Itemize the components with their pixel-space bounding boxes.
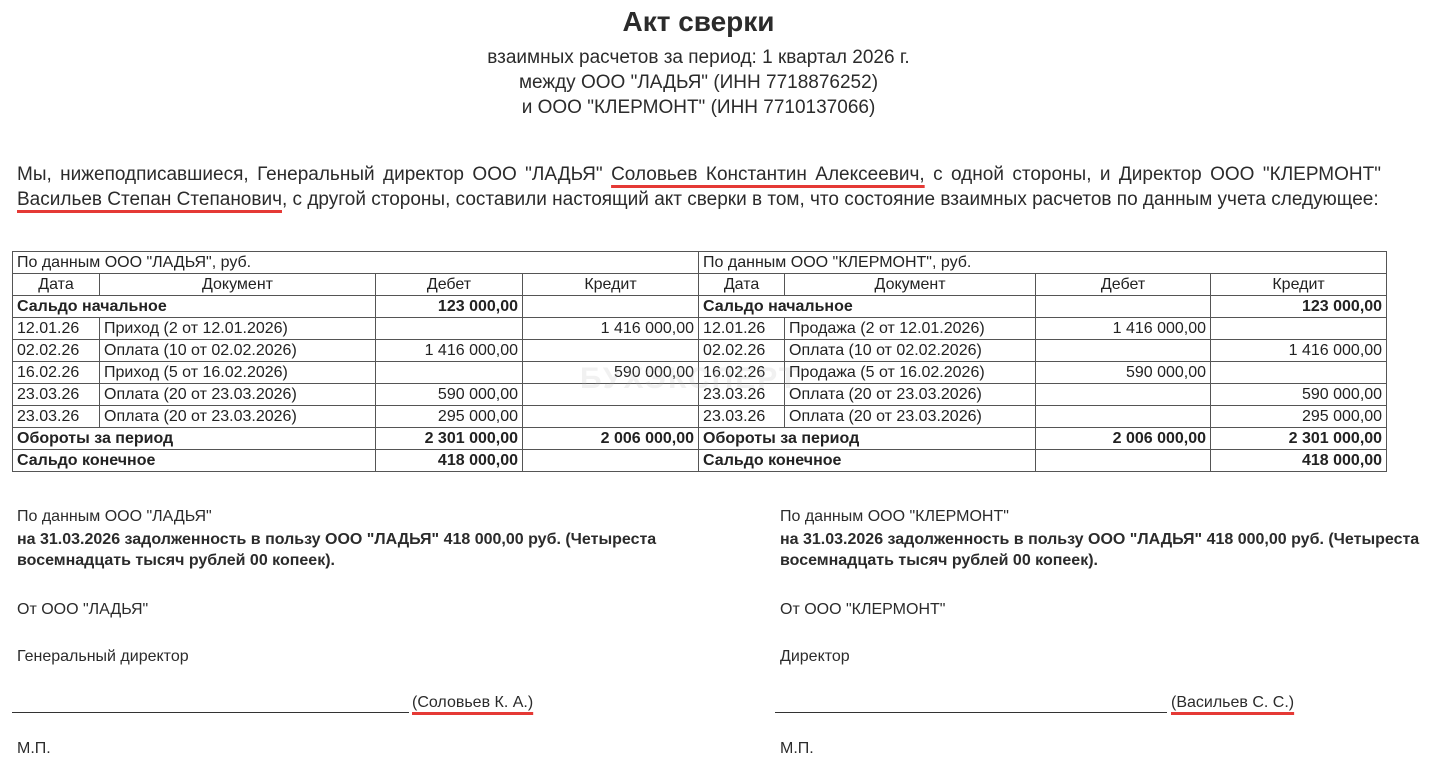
left-date: 16.02.26 [13, 362, 100, 384]
closing-left-debit: 418 000,00 [376, 450, 523, 472]
table-row: 02.02.26Оплата (10 от 02.02.2026)1 416 0… [13, 340, 1387, 362]
table-row: 12.01.26Приход (2 от 12.01.2026)1 416 00… [13, 318, 1387, 340]
left-debit: 295 000,00 [376, 406, 523, 428]
left-document: Оплата (20 от 23.03.2026) [100, 384, 376, 406]
right-debit [1036, 406, 1211, 428]
reconciliation-table: По данным ООО "ЛАДЬЯ", руб. По данным ОО… [12, 251, 1387, 472]
right-party-conclusion: на 31.03.2026 задолженность в пользу ООО… [780, 529, 1419, 571]
left-party-position: Генеральный директор [17, 648, 189, 666]
left-party-source: По данным ООО "ЛАДЬЯ" [17, 508, 212, 526]
left-document: Оплата (20 от 23.03.2026) [100, 406, 376, 428]
turnover-right-credit: 2 301 000,00 [1211, 428, 1387, 450]
closing-right-credit: 418 000,00 [1211, 450, 1387, 472]
closing-left-credit [523, 450, 699, 472]
table-row: 23.03.26Оплата (20 от 23.03.2026)590 000… [13, 384, 1387, 406]
intro-paragraph: Мы, нижеподписавшиеся, Генеральный дирек… [17, 162, 1381, 212]
right-date: 16.02.26 [699, 362, 785, 384]
closing-label: Сальдо конечное [699, 450, 1036, 472]
left-party-conclusion: на 31.03.2026 задолженность в пользу ООО… [17, 529, 656, 571]
right-document: Оплата (20 от 23.03.2026) [785, 406, 1036, 428]
right-document: Продажа (5 от 16.02.2026) [785, 362, 1036, 384]
intro-text-1: Мы, нижеподписавшиеся, Генеральный дирек… [17, 164, 611, 185]
turnover-label: Обороты за период [13, 428, 376, 450]
right-document: Оплата (10 от 02.02.2026) [785, 340, 1036, 362]
document-title: Акт сверки [0, 6, 1397, 38]
left-party-title: По данным ООО "ЛАДЬЯ", руб. [13, 252, 699, 274]
left-conclusion-line-1: на 31.03.2026 задолженность в пользу ООО… [17, 529, 656, 550]
opening-left-debit: 123 000,00 [376, 296, 523, 318]
opening-balance-row: Сальдо начальное 123 000,00 Сальдо начал… [13, 296, 1387, 318]
right-debit: 590 000,00 [1036, 362, 1211, 384]
left-debit [376, 362, 523, 384]
party-header-row: По данным ООО "ЛАДЬЯ", руб. По данным ОО… [13, 252, 1387, 274]
right-debit [1036, 340, 1211, 362]
closing-right-debit [1036, 450, 1211, 472]
left-debit: 1 416 000,00 [376, 340, 523, 362]
period-line: взаимных расчетов за период: 1 квартал 2… [0, 47, 1397, 69]
right-credit: 590 000,00 [1211, 384, 1387, 406]
turnover-left-debit: 2 301 000,00 [376, 428, 523, 450]
right-debit: 1 416 000,00 [1036, 318, 1211, 340]
right-date: 23.03.26 [699, 384, 785, 406]
left-credit: 1 416 000,00 [523, 318, 699, 340]
transaction-rows: 12.01.26Приход (2 от 12.01.2026)1 416 00… [13, 318, 1387, 428]
left-debit: 590 000,00 [376, 384, 523, 406]
closing-label: Сальдо конечное [13, 450, 376, 472]
right-credit: 295 000,00 [1211, 406, 1387, 428]
left-credit [523, 340, 699, 362]
left-date: 23.03.26 [13, 406, 100, 428]
turnover-right-debit: 2 006 000,00 [1036, 428, 1211, 450]
right-signatory: (Васильев С. С.) [1171, 694, 1294, 712]
left-document: Приход (5 от 16.02.2026) [100, 362, 376, 384]
col-document: Документ [785, 274, 1036, 296]
left-credit: 590 000,00 [523, 362, 699, 384]
left-document: Оплата (10 от 02.02.2026) [100, 340, 376, 362]
opening-right-credit: 123 000,00 [1211, 296, 1387, 318]
left-party-from: От ООО "ЛАДЬЯ" [17, 601, 148, 619]
right-document: Оплата (20 от 23.03.2026) [785, 384, 1036, 406]
col-document: Документ [100, 274, 376, 296]
opening-label: Сальдо начальное [699, 296, 1036, 318]
right-credit: 1 416 000,00 [1211, 340, 1387, 362]
right-conclusion-line-2: восемнадцать тысяч рублей 00 копеек). [780, 550, 1419, 571]
left-signatory-name: (Соловьев К. А.) [412, 694, 533, 711]
table-row: 23.03.26Оплата (20 от 23.03.2026)295 000… [13, 406, 1387, 428]
left-date: 12.01.26 [13, 318, 100, 340]
left-date: 23.03.26 [13, 384, 100, 406]
right-date: 23.03.26 [699, 406, 785, 428]
right-signatory-name: (Васильев С. С.) [1171, 694, 1294, 711]
opening-left-credit [523, 296, 699, 318]
right-date: 12.01.26 [699, 318, 785, 340]
right-party-from: От ООО "КЛЕРМОНТ" [780, 601, 945, 619]
left-credit [523, 384, 699, 406]
right-document: Продажа (2 от 12.01.2026) [785, 318, 1036, 340]
signatory-name-2: Васильев Степан Степанович [17, 189, 282, 210]
col-debit: Дебет [1036, 274, 1211, 296]
left-debit [376, 318, 523, 340]
right-party-source: По данным ООО "КЛЕРМОНТ" [780, 508, 1009, 526]
signatory-name-1: Соловьев Константин Алексеевич, [611, 164, 925, 185]
opening-right-debit [1036, 296, 1211, 318]
right-conclusion-line-1: на 31.03.2026 задолженность в пользу ООО… [780, 529, 1419, 550]
party1-line: между ООО "ЛАДЬЯ" (ИНН 7718876252) [0, 72, 1397, 94]
table-row: 16.02.26Приход (5 от 16.02.2026)590 000,… [13, 362, 1387, 384]
col-credit: Кредит [523, 274, 699, 296]
col-date: Дата [13, 274, 100, 296]
right-party-title: По данным ООО "КЛЕРМОНТ", руб. [699, 252, 1387, 274]
turnover-row: Обороты за период 2 301 000,00 2 006 000… [13, 428, 1387, 450]
col-credit: Кредит [1211, 274, 1387, 296]
left-credit [523, 406, 699, 428]
right-credit [1211, 362, 1387, 384]
left-date: 02.02.26 [13, 340, 100, 362]
left-signature-line [12, 712, 409, 713]
right-credit [1211, 318, 1387, 340]
col-debit: Дебет [376, 274, 523, 296]
party2-line: и ООО "КЛЕРМОНТ" (ИНН 7710137066) [0, 97, 1397, 119]
right-party-position: Директор [780, 648, 850, 666]
col-date: Дата [699, 274, 785, 296]
left-stamp: М.П. [17, 740, 51, 758]
right-signature-line [775, 712, 1167, 713]
right-stamp: М.П. [780, 740, 814, 758]
intro-text-2: с одной стороны, и Директор ООО "КЛЕРМОН… [925, 164, 1381, 185]
left-signatory: (Соловьев К. А.) [412, 694, 533, 712]
intro-text-3: , с другой стороны, составили настоящий … [282, 189, 1379, 210]
opening-label: Сальдо начальное [13, 296, 376, 318]
column-header-row: Дата Документ Дебет Кредит Дата Документ… [13, 274, 1387, 296]
right-debit [1036, 384, 1211, 406]
turnover-left-credit: 2 006 000,00 [523, 428, 699, 450]
left-document: Приход (2 от 12.01.2026) [100, 318, 376, 340]
turnover-label: Обороты за период [699, 428, 1036, 450]
right-date: 02.02.26 [699, 340, 785, 362]
left-conclusion-line-2: восемнадцать тысяч рублей 00 копеек). [17, 550, 656, 571]
closing-balance-row: Сальдо конечное 418 000,00 Сальдо конечн… [13, 450, 1387, 472]
